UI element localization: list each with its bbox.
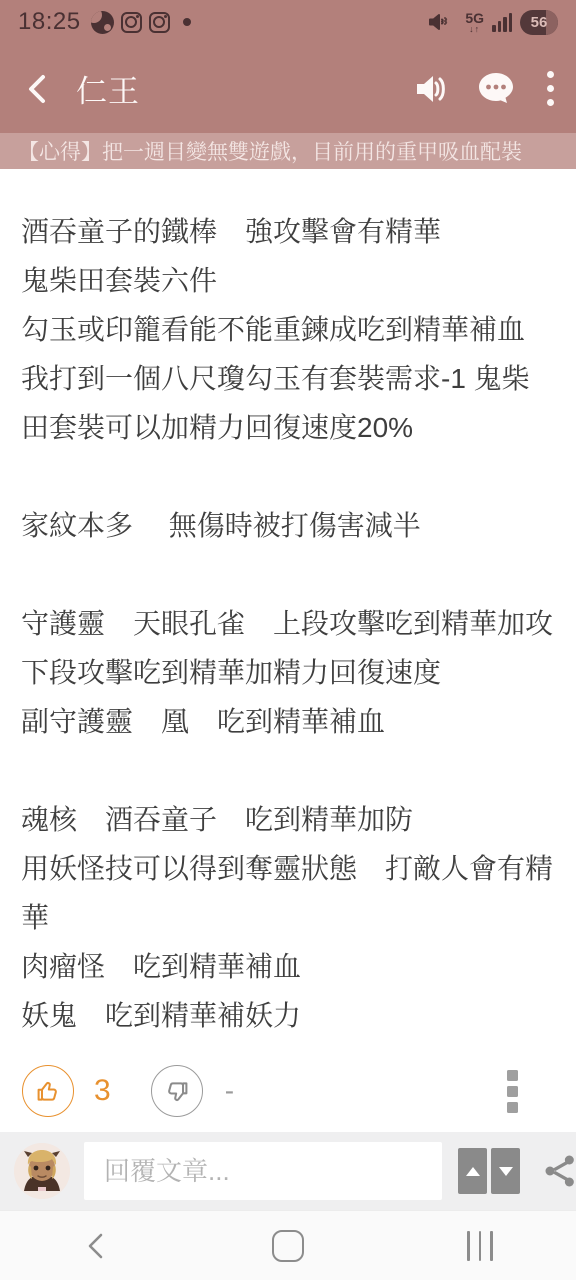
instagram-icon — [149, 12, 170, 33]
post-line: 魂核 酒吞童子 吃到精華加防 — [21, 795, 555, 844]
post-line: 我打到一個八尺瓊勾玉有套裝需求-1 鬼柴田套裝可以加精力回復速度20% — [21, 354, 555, 452]
post-line: 酒吞童子的鐵棒 強攻擊會有精華 — [21, 207, 555, 256]
dislike-button[interactable] — [151, 1065, 203, 1117]
share-button[interactable] — [540, 1151, 576, 1191]
board-title: 仁王 — [76, 66, 140, 111]
post-body: 酒吞童子的鐵棒 強攻擊會有精華鬼柴田套裝六件勾玉或印籠看能不能重鍊成吃到精華補血… — [0, 169, 576, 1050]
post-line — [21, 746, 555, 795]
5g-icon: 5G ↓↑ — [465, 11, 484, 34]
post-line: 肉瘤怪 吃到精華補血 — [21, 942, 555, 991]
triangle-down-icon — [499, 1167, 513, 1176]
dislike-count: - — [225, 1075, 234, 1107]
status-bar: 18:25 5G ↓↑ 56 — [0, 0, 576, 44]
post-line — [21, 550, 555, 599]
volume-icon[interactable] — [413, 73, 447, 105]
app-notification-icon — [91, 11, 114, 34]
post-overflow-menu-icon[interactable] — [503, 1066, 522, 1117]
mute-icon — [426, 10, 450, 34]
nav-recents-button[interactable] — [384, 1231, 576, 1261]
back-button[interactable] — [20, 72, 54, 106]
clock: 18:25 — [18, 8, 81, 36]
post-line — [21, 452, 555, 501]
post-line: 下段攻擊吃到精華加精力回復速度 — [21, 648, 555, 697]
post-action-row: 3 - — [0, 1050, 576, 1132]
android-nav-bar — [0, 1210, 576, 1280]
notification-dot — [183, 18, 191, 26]
home-icon — [272, 1230, 304, 1262]
post-title-bar: 【心得】把一週目變無雙遊戲，目前用的重甲吸血配裝 — [0, 133, 576, 169]
overflow-menu-icon[interactable] — [545, 69, 556, 108]
battery-level: 56 — [531, 14, 548, 31]
chat-bubble-icon[interactable] — [477, 71, 515, 107]
post-line: 家紋本多 無傷時被打傷害減半 — [21, 501, 555, 550]
post-line: 用妖怪技可以得到奪靈狀態 打敵人會有精華 — [21, 844, 555, 942]
battery-icon: 56 — [520, 10, 558, 35]
nav-home-button[interactable] — [192, 1230, 384, 1262]
sort-up-button[interactable] — [458, 1148, 487, 1194]
sort-down-button[interactable] — [491, 1148, 520, 1194]
post-title: 【心得】把一週目變無雙遊戲，目前用的重甲吸血配裝 — [18, 136, 522, 166]
post-line: 妖鬼 吃到精華補妖力 — [21, 991, 555, 1040]
reply-input[interactable] — [84, 1142, 442, 1200]
nav-back-button[interactable] — [0, 1231, 192, 1261]
recents-icon — [467, 1231, 493, 1261]
post-line: 副守護靈 凰 吃到精華補血 — [21, 697, 555, 746]
app-header: 仁王 — [0, 44, 576, 133]
signal-icon — [492, 13, 512, 32]
post-line: 鬼柴田套裝六件 — [21, 256, 555, 305]
post-line: 勾玉或印籠看能不能重鍊成吃到精華補血 — [21, 305, 555, 354]
like-count: 3 — [94, 1074, 111, 1108]
triangle-up-icon — [466, 1167, 480, 1176]
like-button[interactable] — [22, 1065, 74, 1117]
avatar — [14, 1143, 70, 1199]
reply-bar — [0, 1132, 576, 1210]
instagram-icon — [121, 12, 142, 33]
sort-buttons — [458, 1148, 520, 1194]
post-line: 守護靈 天眼孔雀 上段攻擊吃到精華加攻 — [21, 599, 555, 648]
